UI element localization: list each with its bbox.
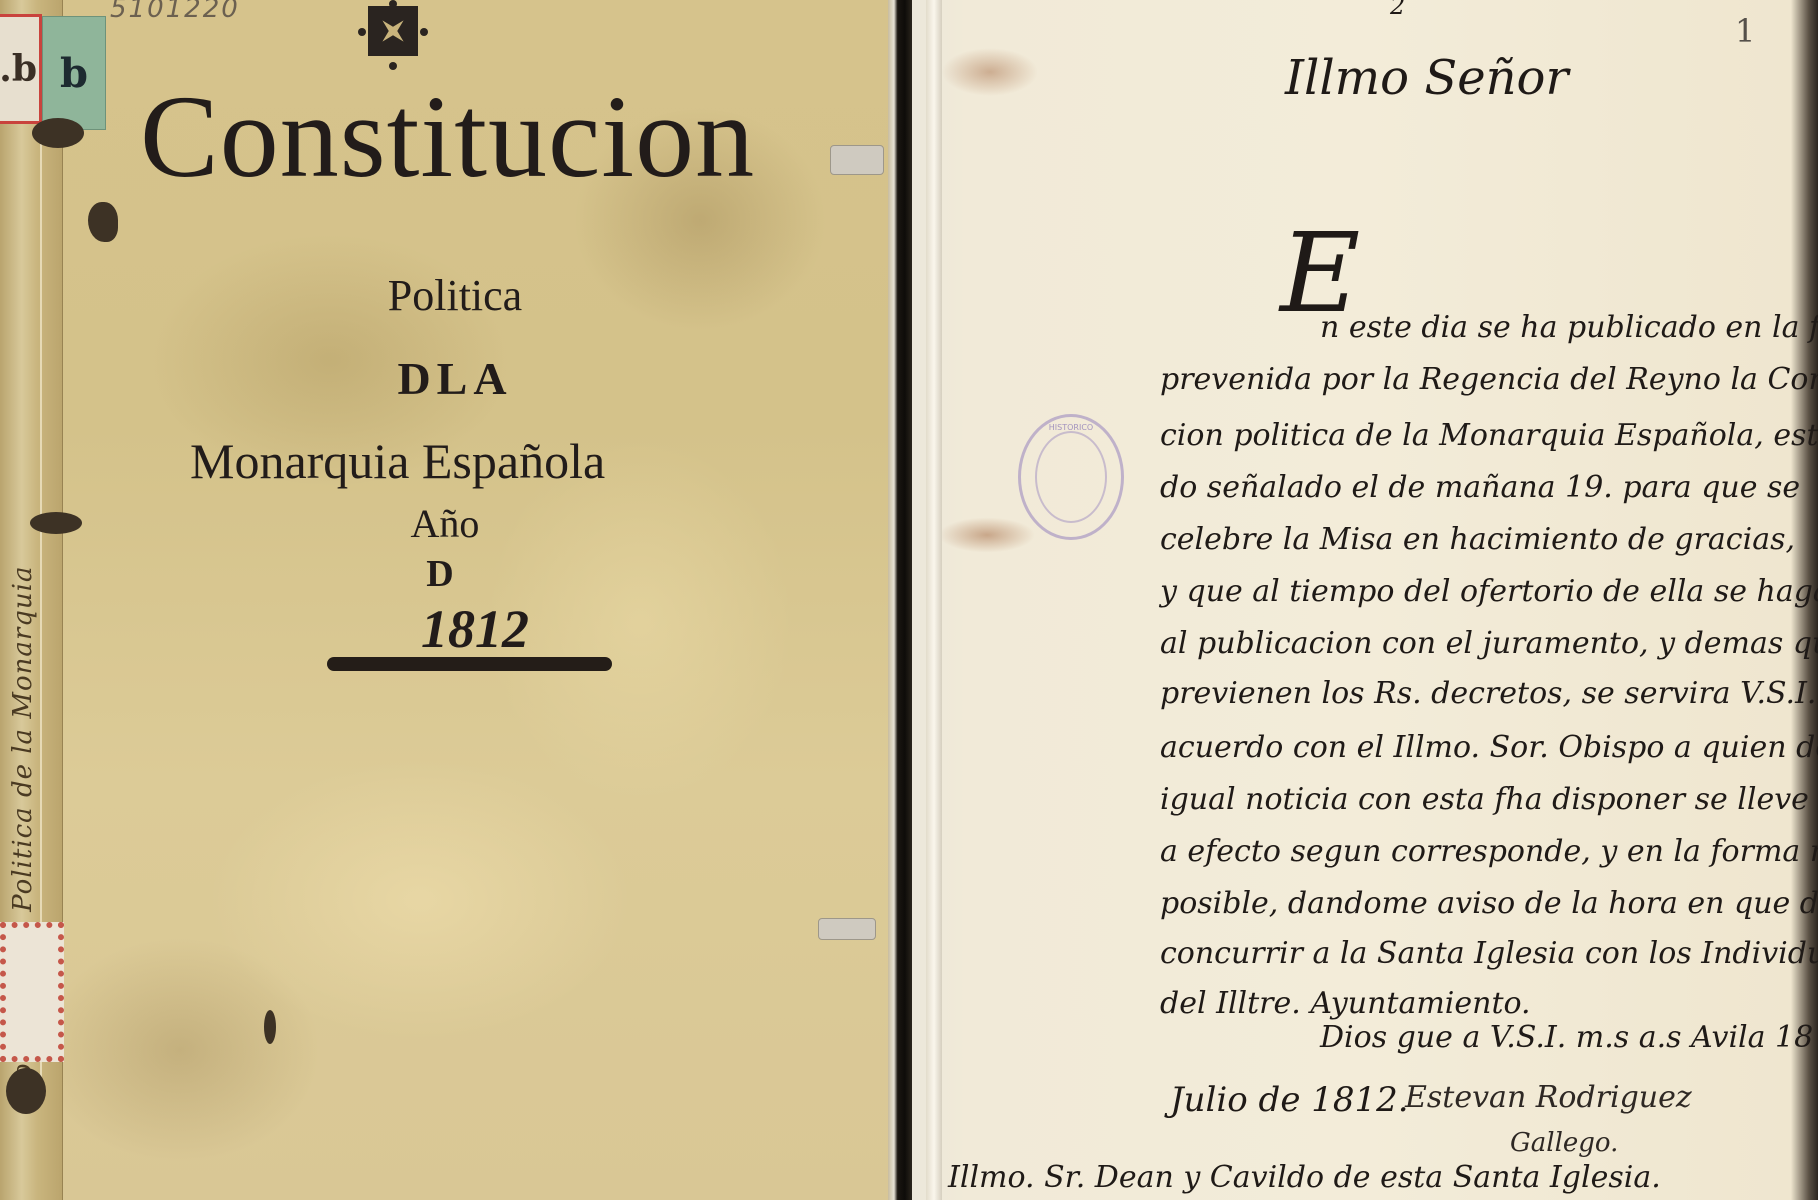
cover-year: 1812	[390, 598, 560, 660]
letter-line-11: a efecto segun corresponde, y en la form…	[1160, 834, 1818, 869]
letter-line-12: posible, dandome aviso de la hora en que…	[1160, 886, 1818, 921]
letter-line-5: celebre la Misa en hacimiento de gracias…	[1160, 522, 1795, 557]
fabric-tie-icon	[818, 918, 876, 940]
letter-line-2: prevenida por la Regencia del Reyno la C…	[1160, 362, 1818, 397]
letter-line-6: y que al tiempo del ofertorio de ella se…	[1160, 574, 1818, 609]
letter-line-14: del Illtre. Ayuntamiento.	[1160, 986, 1531, 1021]
cover-subtitle-politica: Politica	[330, 270, 580, 321]
leather-tie-icon	[30, 512, 82, 534]
folio-number-corner: 1	[1735, 12, 1755, 50]
letter-date: Julio de 1812.	[1170, 1080, 1409, 1120]
leather-tie-icon	[32, 118, 84, 148]
letter-closing: Dios gue a V.S.I. m.s a.s Avila 18 de	[1320, 1020, 1818, 1055]
salutation: Illmo Señor	[1285, 50, 1568, 106]
cover-title: Constitucion	[140, 78, 780, 196]
letter-line-7: al publicacion con el juramento, y demas…	[1160, 626, 1818, 661]
cover-subtitle-d: D	[400, 552, 480, 596]
letter-line-10: igual noticia con esta fha disponer se l…	[1160, 782, 1809, 817]
page-gutter	[888, 0, 912, 1200]
cover-subtitle-ano: Año	[370, 500, 520, 547]
letter-line-13: concurrir a la Santa Iglesia con los Ind…	[1160, 936, 1818, 971]
cover-subtitle-monarquia: Monarquia Española	[190, 432, 770, 490]
archive-stamp: HISTORICO	[1018, 414, 1124, 540]
signature-surname: Gallego.	[1510, 1128, 1618, 1158]
leather-tie-icon	[6, 1068, 46, 1114]
letter-line-8: previenen los Rs. decretos, se servira V…	[1160, 676, 1818, 711]
signature-name: Estevan Rodriguez	[1405, 1080, 1692, 1115]
shelf-label-green: b	[42, 16, 106, 130]
shelf-label-bottom	[0, 922, 64, 1062]
ornament-dot-icon	[420, 28, 428, 36]
cross-ornament-icon	[368, 6, 418, 56]
ornament-dot-icon	[389, 62, 397, 70]
letter-line-1: n este dia se ha publicado en la forma	[1320, 310, 1818, 345]
book-cover: Constitucion Politica de la Monarquia .b…	[0, 0, 888, 1200]
accession-number: 5101220	[110, 0, 240, 24]
letter-line-9: acuerdo con el Illmo. Sor. Obispo a quie…	[1160, 730, 1818, 765]
ink-blot-icon	[88, 202, 118, 242]
shelf-label-red: .b	[0, 14, 42, 124]
ornament-dot-icon	[389, 0, 397, 8]
cover-subtitle-dla: DLA	[330, 352, 580, 405]
folio-number-top: 2	[1390, 0, 1405, 20]
letter-line-4: do señalado el de mañana 19. para que se	[1160, 470, 1800, 505]
ink-spot-icon	[264, 1010, 276, 1044]
letter-line-3: cion politica de la Monarquia Española, …	[1160, 418, 1818, 453]
stamp-text: HISTORICO	[1021, 423, 1121, 432]
letter-addressee: Illmo. Sr. Dean y Cavildo de esta Santa …	[948, 1160, 1661, 1195]
cover-rule	[327, 657, 612, 671]
page-fold	[926, 0, 942, 1200]
fabric-tie-icon	[830, 145, 884, 175]
ornament-dot-icon	[358, 28, 366, 36]
